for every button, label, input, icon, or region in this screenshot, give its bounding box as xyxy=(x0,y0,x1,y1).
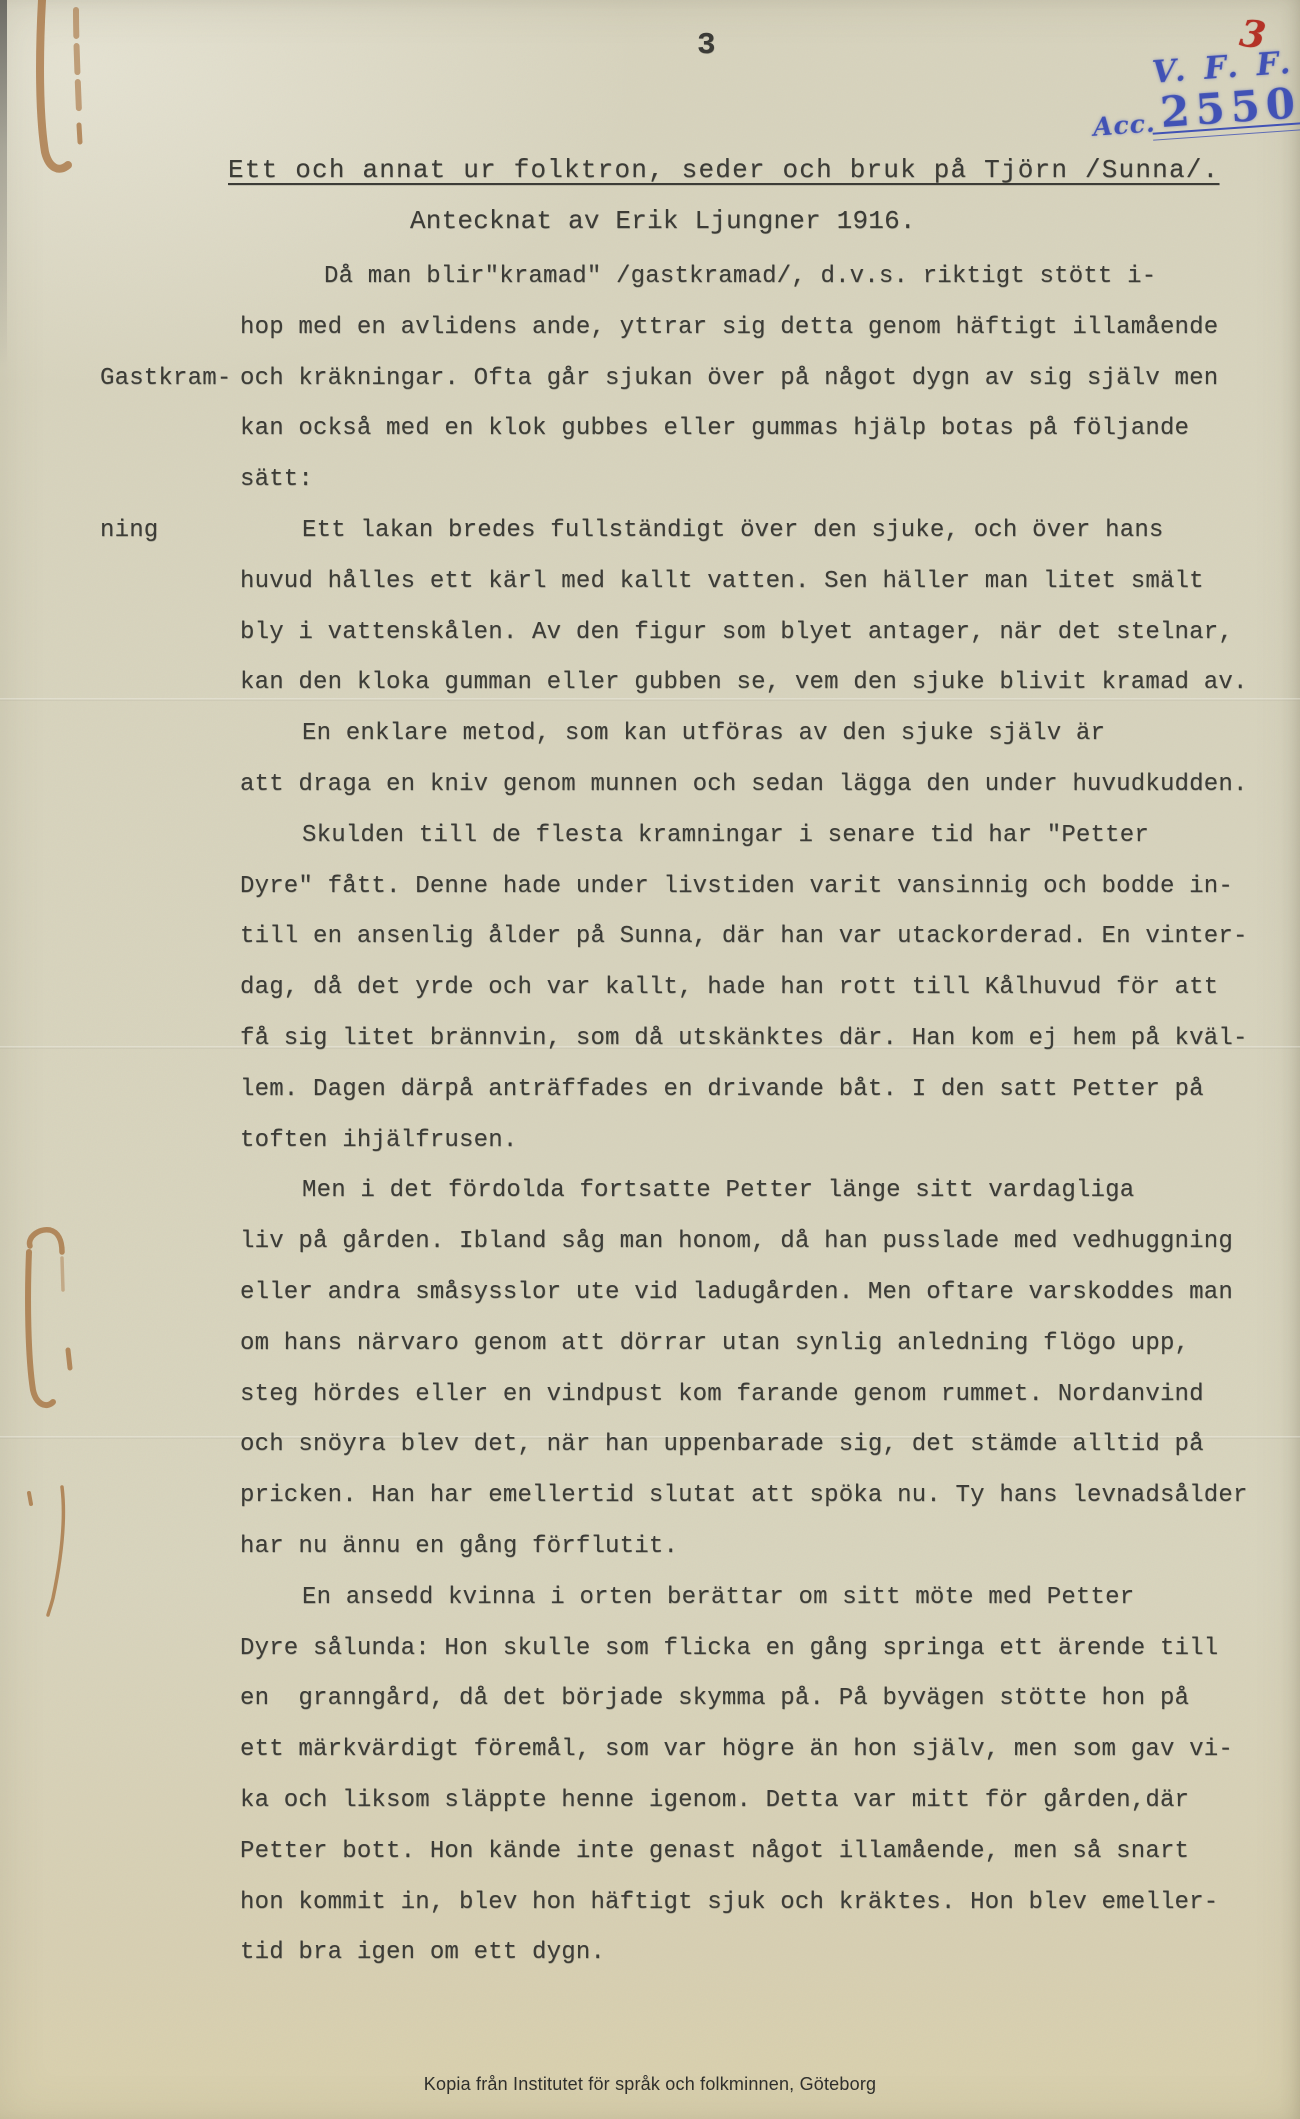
body-line: huvud hålles ett kärl med kallt vatten. … xyxy=(240,557,1300,608)
body-text: Då man blir"kramad" /gastkramad/, d.v.s.… xyxy=(240,252,1300,1979)
body-line: sätt: xyxy=(240,455,1300,506)
body-line: eller andra småsysslor ute vid ladugårde… xyxy=(240,1268,1300,1319)
body-line: pricken. Han har emellertid slutat att s… xyxy=(240,1471,1300,1522)
body-line: liv på gården. Ibland såg man honom, då … xyxy=(240,1217,1300,1268)
document-title: Ett och annat ur folktron, seder och bru… xyxy=(228,155,1219,185)
typed-page-number: 3 xyxy=(697,28,716,63)
body-line: En enklare metod, som kan utföras av den… xyxy=(240,709,1300,760)
body-line: Skulden till de flesta kramningar i sena… xyxy=(240,811,1300,862)
body-line: hon kommit in, blev hon häftigt sjuk och… xyxy=(240,1878,1300,1929)
stamp-acc-label: Acc. xyxy=(1092,109,1156,142)
body-line: och snöyra blev det, när han uppenbarade… xyxy=(240,1420,1300,1471)
body-line: Dyre" fått. Denne hade under livstiden v… xyxy=(240,862,1300,913)
body-line: kan den kloka gumman eller gubben se, ve… xyxy=(240,658,1300,709)
body-line: dag, då det yrde och var kallt, hade han… xyxy=(240,963,1300,1014)
body-line: till en ansenlig ålder på Sunna, där han… xyxy=(240,912,1300,963)
body-line: har nu ännu en gång förflutit. xyxy=(240,1522,1300,1573)
body-line: att draga en kniv genom munnen och sedan… xyxy=(240,760,1300,811)
body-line: ett märkvärdigt föremål, som var högre ä… xyxy=(240,1725,1300,1776)
body-line: Petter bott. Hon kände inte genast något… xyxy=(240,1827,1300,1878)
body-line: Ett lakan bredes fullständigt över den s… xyxy=(240,506,1300,557)
body-line: Då man blir"kramad" /gastkramad/, d.v.s.… xyxy=(240,252,1300,303)
body-line: och kräkningar. Ofta går sjukan över på … xyxy=(240,354,1300,405)
body-line: bly i vattenskålen. Av den figur som bly… xyxy=(240,608,1300,659)
body-line: hop med en avlidens ande, yttrar sig det… xyxy=(240,303,1300,354)
scan-edge-shadow xyxy=(0,0,7,370)
body-line: Dyre sålunda: Hon skulle som flicka en g… xyxy=(240,1624,1300,1675)
body-line: Men i det fördolda fortsatte Petter läng… xyxy=(240,1166,1300,1217)
body-line: om hans närvaro genom att dörrar utan sy… xyxy=(240,1319,1300,1370)
margin-note: Gastkram- ning xyxy=(100,252,231,608)
body-line: kan också med en klok gubbes eller gumma… xyxy=(240,404,1300,455)
footer-caption: Kopia från Institutet för språk och folk… xyxy=(0,2074,1300,2095)
body-line: lem. Dagen därpå anträffades en drivande… xyxy=(240,1065,1300,1116)
margin-note-line: Gastkram- xyxy=(100,354,231,405)
body-line: få sig litet brännvin, som då utskänktes… xyxy=(240,1014,1300,1065)
body-line: steg hördes eller en vindpust kom farand… xyxy=(240,1370,1300,1421)
archive-stamp: V. F. F. Acc. 2550 xyxy=(1077,44,1300,142)
body-line: ka och liksom släppte henne igenom. Dett… xyxy=(240,1776,1300,1827)
body-line: En ansedd kvinna i orten berättar om sit… xyxy=(240,1573,1300,1624)
body-line: tid bra igen om ett dygn. xyxy=(240,1928,1300,1979)
document-byline: Antecknat av Erik Ljungner 1916. xyxy=(410,206,916,236)
body-line: en granngård, då det började skymma på. … xyxy=(240,1674,1300,1725)
body-line: toften ihjälfrusen. xyxy=(240,1116,1300,1167)
margin-note-line: ning xyxy=(100,506,231,557)
